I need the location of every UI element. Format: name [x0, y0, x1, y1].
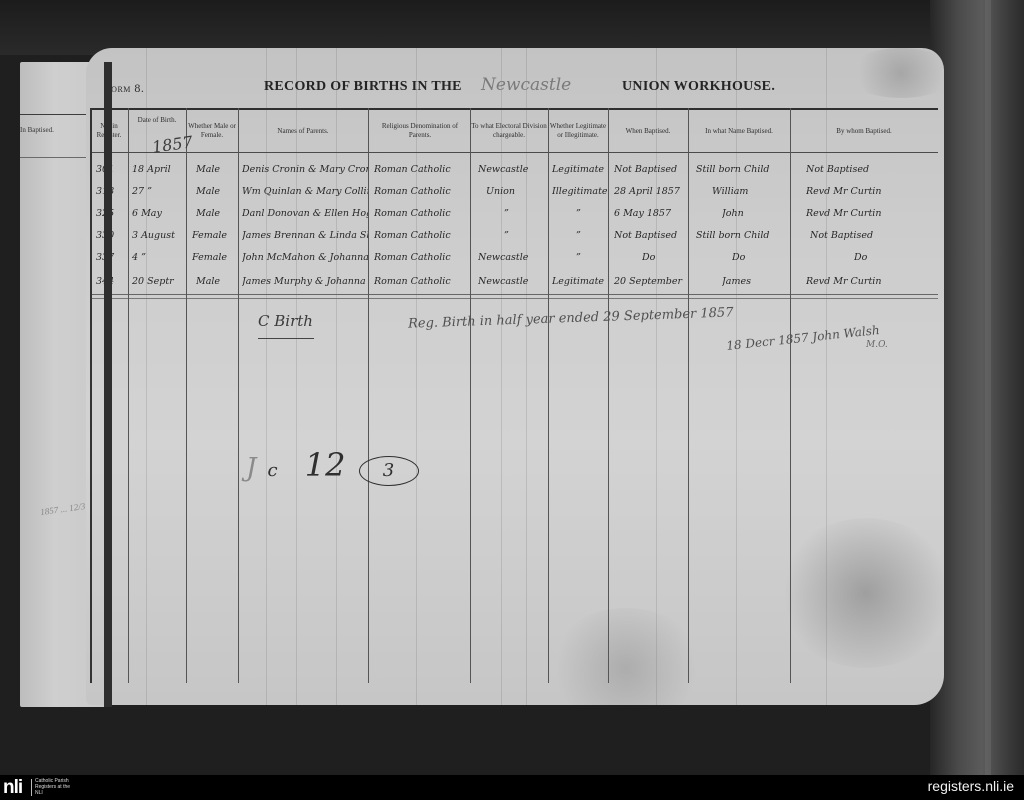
logo-tagline: Catholic Parish Registers at the NLI: [35, 778, 75, 796]
union-name-handwritten: Newcastle: [481, 75, 571, 95]
footer-bar: nli Catholic Parish Registers at the NLI…: [0, 775, 1024, 800]
cell-legitimacy: Illegitimate: [552, 182, 608, 202]
register-row: 337 4 ” Female John McMahon & Johanna Co…: [86, 248, 944, 268]
cell-legitimacy: ”: [576, 248, 608, 268]
stain: [546, 608, 706, 705]
title-suffix: UNION WORKHOUSE.: [622, 79, 775, 95]
header-top-rule: [90, 108, 938, 110]
cell-division: Newcastle: [478, 248, 548, 268]
cell-by-whom: Do: [854, 248, 936, 268]
register-row: 318 27 ” Male Wm Quinlan & Mary Collins …: [86, 182, 944, 202]
column-header-legitimacy: Whether Legitimate or Illegitimate.: [548, 112, 608, 150]
cell-name-baptised: John: [722, 204, 790, 224]
cell-by-whom: Not Baptised: [806, 160, 936, 180]
cell-sex: Female: [192, 226, 238, 246]
cell-parents: Wm Quinlan & Mary Collins: [242, 182, 368, 202]
annotation-birth-note: C Birth: [258, 312, 313, 330]
column-header-name-baptised: In what Name Baptised.: [688, 112, 790, 150]
cell-legitimacy: Legitimate: [552, 272, 608, 292]
cell-when-baptised: Not Baptised: [614, 226, 688, 246]
cell-religion: Roman Catholic: [374, 182, 470, 202]
cell-sex: Male: [196, 272, 238, 292]
cell-dob: 6 May: [132, 204, 186, 224]
site-link[interactable]: registers.nli.ie: [928, 778, 1014, 794]
cell-religion: Roman Catholic: [374, 204, 470, 224]
scan-background-top: [0, 0, 1024, 55]
cell-sex: Male: [196, 160, 238, 180]
scan-background-right: [930, 0, 1024, 775]
cell-division: ”: [504, 204, 548, 224]
cell-religion: Roman Catholic: [374, 272, 470, 292]
cell-dob: 20 Septr: [132, 272, 186, 292]
annotation-officer-title: M.O.: [866, 340, 888, 350]
annotation-underline: [258, 338, 314, 339]
cell-name-baptised: Still born Child: [696, 226, 790, 246]
register-row: 330 3 August Female James Brennan & Lind…: [86, 226, 944, 246]
annotation-registration-note: Reg. Birth in half year ended 29 Septemb…: [408, 305, 734, 331]
cell-dob: 3 August: [132, 226, 186, 246]
cell-by-whom: Revd Mr Curtin: [806, 182, 936, 202]
entries-end-rule: [90, 294, 938, 295]
cell-legitimacy: Legitimate: [552, 160, 608, 180]
column-header-religion: Religious Denomination of Parents.: [370, 112, 470, 150]
logo-divider: [31, 779, 32, 796]
cell-dob: 4 ”: [132, 248, 186, 268]
cell-sex: Female: [192, 248, 238, 268]
cell-parents: Denis Cronin & Mary Cronin: [242, 160, 368, 180]
cell-by-whom: Revd Mr Curtin: [806, 272, 936, 292]
cell-parents: James Murphy & Johanna Murphy: [242, 272, 368, 292]
cell-sex: Male: [196, 204, 238, 224]
folio-pencil-mark: J: [246, 453, 256, 483]
cell-when-baptised: Do: [642, 248, 688, 268]
year-handwritten: 1857: [151, 132, 194, 156]
folio-number: J c 12 3: [246, 446, 419, 486]
stain: [776, 518, 944, 668]
register-row: 301 18 April Male Denis Cronin & Mary Cr…: [86, 160, 944, 180]
cell-name-baptised: William: [712, 182, 790, 202]
cell-legitimacy: ”: [576, 226, 608, 246]
title-prefix: RECORD OF BIRTHS IN THE: [264, 79, 462, 95]
nli-logo[interactable]: nli: [3, 778, 22, 797]
cell-division: Newcastle: [478, 272, 548, 292]
cell-name-baptised: Do: [732, 248, 790, 268]
annotation-signature-date: 18 Decr 1857 John Walsh: [726, 323, 881, 353]
cell-by-whom: Revd Mr Curtin: [806, 204, 936, 224]
cell-when-baptised: 6 May 1857: [614, 204, 688, 224]
folio-page-number: 12: [305, 446, 346, 484]
register-row: 344 20 Septr Male James Murphy & Johanna…: [86, 272, 944, 292]
cell-when-baptised: Not Baptised: [614, 160, 688, 180]
cell-when-baptised: 28 April 1857: [614, 182, 688, 202]
register-page: Form 8. RECORD OF BIRTHS IN THE Newcastl…: [86, 48, 944, 705]
cell-name-baptised: James: [722, 272, 790, 292]
register-row: 325 6 May Male Danl Donovan & Ellen Hoga…: [86, 204, 944, 224]
cell-dob: 18 April: [132, 160, 186, 180]
entries-end-rule: [90, 298, 938, 299]
folio-letter: c: [268, 460, 278, 481]
cell-when-baptised: 20 September: [614, 272, 688, 292]
cell-parents: Danl Donovan & Ellen Hogan: [242, 204, 368, 224]
cell-religion: Roman Catholic: [374, 160, 470, 180]
cell-name-baptised: Still born Child: [696, 160, 790, 180]
left-page-column-header: In Baptised.: [20, 126, 54, 134]
folio-circled-number: 3: [359, 456, 419, 486]
cell-parents: John McMahon & Johanna Conway: [242, 248, 368, 268]
cell-division: ”: [504, 226, 548, 246]
cell-religion: Roman Catholic: [374, 248, 470, 268]
cell-by-whom: Not Baptised: [810, 226, 936, 246]
column-header-when-baptised: When Baptised.: [608, 112, 688, 150]
cell-dob: 27 ”: [132, 182, 186, 202]
cell-sex: Male: [196, 182, 238, 202]
cell-division: Union: [486, 182, 548, 202]
column-header-sex: Whether Male or Female.: [186, 112, 238, 150]
column-header-parents: Names of Parents.: [238, 112, 368, 150]
book-spine-gap: [104, 62, 112, 707]
scan-edge-strip: [985, 0, 991, 775]
stain: [846, 48, 944, 98]
column-header-by-whom: By whom Baptised.: [790, 112, 938, 150]
cell-division: Newcastle: [478, 160, 548, 180]
column-header-electoral-division: To what Electoral Division chargeable.: [470, 112, 548, 150]
cell-legitimacy: ”: [576, 204, 608, 224]
cell-parents: James Brennan & Linda Shea: [242, 226, 368, 246]
cell-religion: Roman Catholic: [374, 226, 470, 246]
header-bottom-rule: [90, 152, 938, 153]
